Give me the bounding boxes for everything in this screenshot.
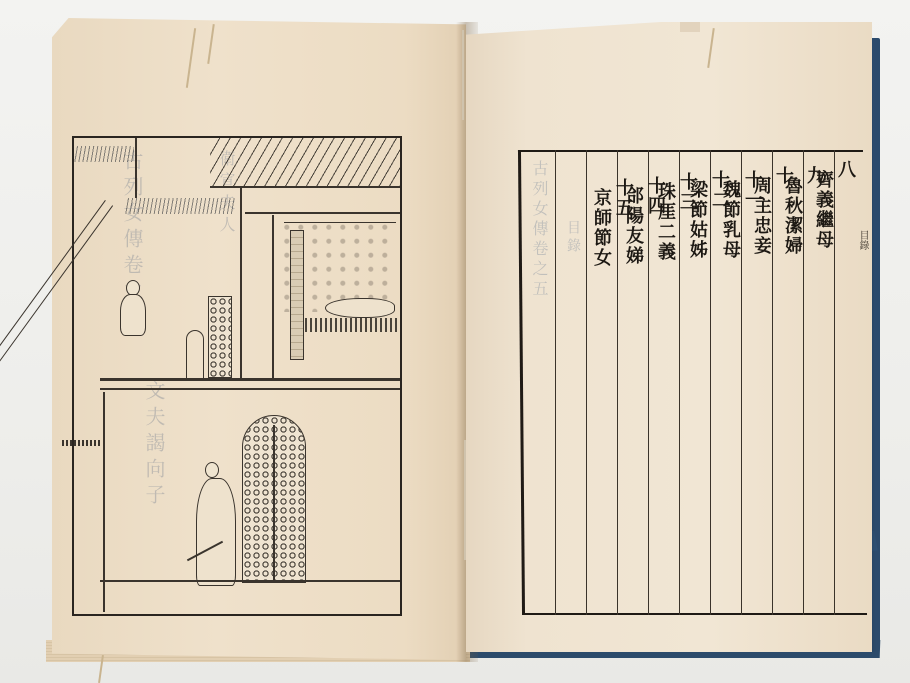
toc-entry-number: 十五 bbox=[612, 178, 634, 268]
lattice-panel bbox=[208, 296, 232, 378]
toc-entry-number: 十二 bbox=[708, 170, 730, 260]
toc-entry-number: 八 bbox=[834, 160, 856, 250]
foliage-eave bbox=[125, 198, 235, 214]
sleeping-figure bbox=[325, 298, 395, 318]
column-rule bbox=[555, 150, 556, 615]
binding-thread bbox=[462, 30, 464, 120]
toc-entry: 十五 京師節女 bbox=[590, 178, 634, 268]
page-margin-mark: 目錄 bbox=[855, 230, 870, 250]
door-seam bbox=[273, 425, 275, 583]
arched-opening bbox=[186, 330, 204, 378]
ground-line bbox=[100, 580, 400, 582]
toc-entry-number: 十三 bbox=[676, 172, 698, 262]
standing-figure bbox=[120, 294, 146, 336]
hanging-curtain bbox=[290, 230, 304, 360]
courtyard-wall bbox=[103, 392, 105, 612]
toc-entry-number: 十四 bbox=[644, 176, 666, 266]
eave-line bbox=[210, 186, 400, 188]
figure-head bbox=[205, 462, 219, 478]
garden-ledge bbox=[62, 440, 102, 446]
toc-entry-number: 九 bbox=[803, 166, 825, 256]
toc-entry-number: 十 bbox=[772, 166, 794, 256]
balcony-floor-edge bbox=[100, 388, 400, 390]
photo-scene: 古列女傳卷之五 文夫謁向子 衛宣夫人 古列女傳卷之五 目錄 八 齊義 bbox=[0, 0, 910, 683]
lintel bbox=[245, 212, 400, 214]
pillar bbox=[240, 186, 242, 381]
balcony-floor bbox=[100, 378, 400, 381]
bleedthrough-text: 文夫謁向子 bbox=[140, 380, 169, 510]
toc-entry-title: 京師節女 bbox=[590, 188, 612, 268]
figure-with-sword bbox=[196, 478, 236, 586]
pavilion-roof bbox=[210, 138, 400, 186]
wall-line bbox=[135, 138, 137, 198]
bed bbox=[305, 318, 397, 332]
pillar bbox=[272, 215, 274, 380]
toc-entry-number: 十一 bbox=[741, 170, 763, 260]
foliage-left bbox=[74, 146, 134, 162]
column-rule bbox=[586, 150, 587, 615]
binding-thread bbox=[464, 440, 466, 560]
torn-edge bbox=[680, 22, 700, 32]
